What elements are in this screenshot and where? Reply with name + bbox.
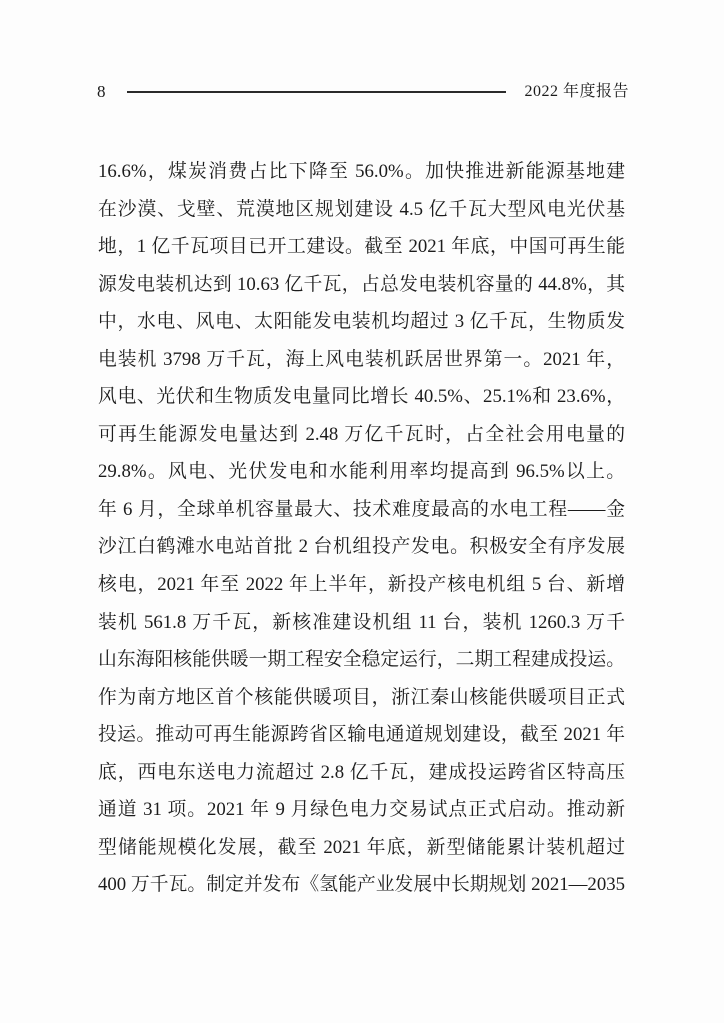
text-line: 中，水电、风电、太阳能发电装机均超过 3 亿千瓦，生物质发 bbox=[98, 303, 625, 341]
text-line: 山东海阳核能供暖一期工程安全稳定运行，二期工程建成投运。 bbox=[98, 641, 625, 679]
text-line: 作为南方地区首个核能供暖项目，浙江秦山核能供暖项目正式 bbox=[98, 679, 625, 717]
text-line: 电装机 3798 万千瓦，海上风电装机跃居世界第一。2021 年， bbox=[98, 341, 625, 379]
text-line: 装机 561.8 万千瓦，新核准建设机组 11 台，装机 1260.3 万千瓦。 bbox=[98, 604, 625, 642]
body-text: 16.6%，煤炭消费占比下降至 56.0%。加快推进新能源基地建设， 在沙漠、戈… bbox=[98, 153, 625, 904]
text-line: 29.8%。风电、光伏发电和水能利用率均提高到 96.5%以上。2021 bbox=[98, 453, 625, 491]
text-line: 投运。推动可再生能源跨省区输电通道规划建设，截至 2021 年 bbox=[98, 716, 625, 754]
text-line: 核电，2021 年至 2022 年上半年，新投产核电机组 5 台、新增 bbox=[98, 566, 625, 604]
header-title: 2022 年度报告 bbox=[524, 82, 629, 102]
text-line: 底，西电东送电力流超过 2.8 亿千瓦，建成投运跨省区特高压 bbox=[98, 754, 625, 792]
text-line: 400 万千瓦。制定并发布《氢能产业发展中长期规划 2021—2035 bbox=[98, 866, 625, 904]
document-page: 8 2022 年度报告 16.6%，煤炭消费占比下降至 56.0%。加快推进新能… bbox=[0, 0, 724, 1023]
page-number: 8 bbox=[97, 82, 106, 102]
header-rule bbox=[127, 91, 507, 93]
text-line: 地，1 亿千瓦项目已开工建设。截至 2021 年底，中国可再生能 bbox=[98, 228, 625, 266]
text-line: 16.6%，煤炭消费占比下降至 56.0%。加快推进新能源基地建设， bbox=[98, 153, 625, 191]
text-line: 沙江白鹤滩水电站首批 2 台机组投产发电。积极安全有序发展 bbox=[98, 528, 625, 566]
text-line: 通道 31 项。2021 年 9 月绿色电力交易试点正式启动。推动新 bbox=[98, 791, 625, 829]
text-line: 年 6 月，全球单机容量最大、技术难度最高的水电工程——金 bbox=[98, 491, 625, 529]
text-line: 可再生能源发电量达到 2.48 万亿千瓦时，占全社会用电量的 bbox=[98, 416, 625, 454]
text-line: 型储能规模化发展，截至 2021 年底，新型储能累计装机超过 bbox=[98, 829, 625, 867]
page-header: 8 2022 年度报告 bbox=[97, 82, 629, 102]
text-line: 源发电装机达到 10.63 亿千瓦，占总发电装机容量的 44.8%，其 bbox=[98, 266, 625, 304]
text-line: 风电、光伏和生物质发电量同比增长 40.5%、25.1%和 23.6%， bbox=[98, 378, 625, 416]
text-line: 在沙漠、戈壁、荒漠地区规划建设 4.5 亿千瓦大型风电光伏基 bbox=[98, 191, 625, 229]
